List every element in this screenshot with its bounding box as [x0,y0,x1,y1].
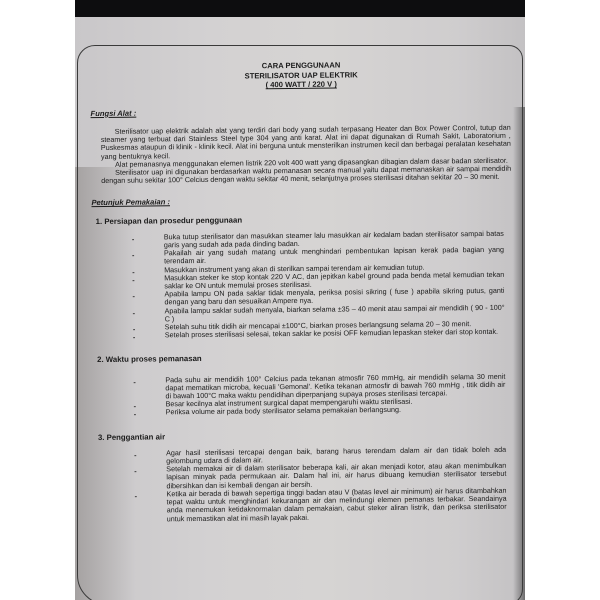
document-content: CARA PENGGUNAAN STERILISATOR UAP ELEKTRI… [100,59,515,524]
fungsi-paragraph: Sterilisator uap elektrik adalah alat ya… [101,124,511,161]
list-item: Ketika air berada di bawah sepertiga tin… [104,487,514,524]
list-item: Setelah proses sterilisasi selesai, teka… [103,328,513,340]
petunjuk-heading: Petunjuk Pemakaian : [91,195,511,208]
persiapan-list: Buka tutup sterilisator dan masukkan ste… [102,230,513,341]
section-title-persiapan: 1. Persiapan dan prosedur penggunaan [96,213,512,226]
fungsi-paragraph: Sterilisator uap ini digunakan berdasark… [101,165,511,186]
section-title-penggantian: 3. Penggantian air [98,429,514,442]
penggantian-list: Agar hasil sterilisasi tercapai dengan b… [104,446,515,524]
section-title-waktu: 2. Waktu proses pemanasan [97,352,513,365]
photo-dark-edge [75,0,525,18]
list-item: Periksa volume air pada body sterilisato… [104,405,514,417]
document-title: CARA PENGGUNAAN STERILISATOR UAP ELEKTRI… [92,59,510,92]
waktu-list: Pada suhu air mendidih 100° Celcius pada… [103,372,513,417]
